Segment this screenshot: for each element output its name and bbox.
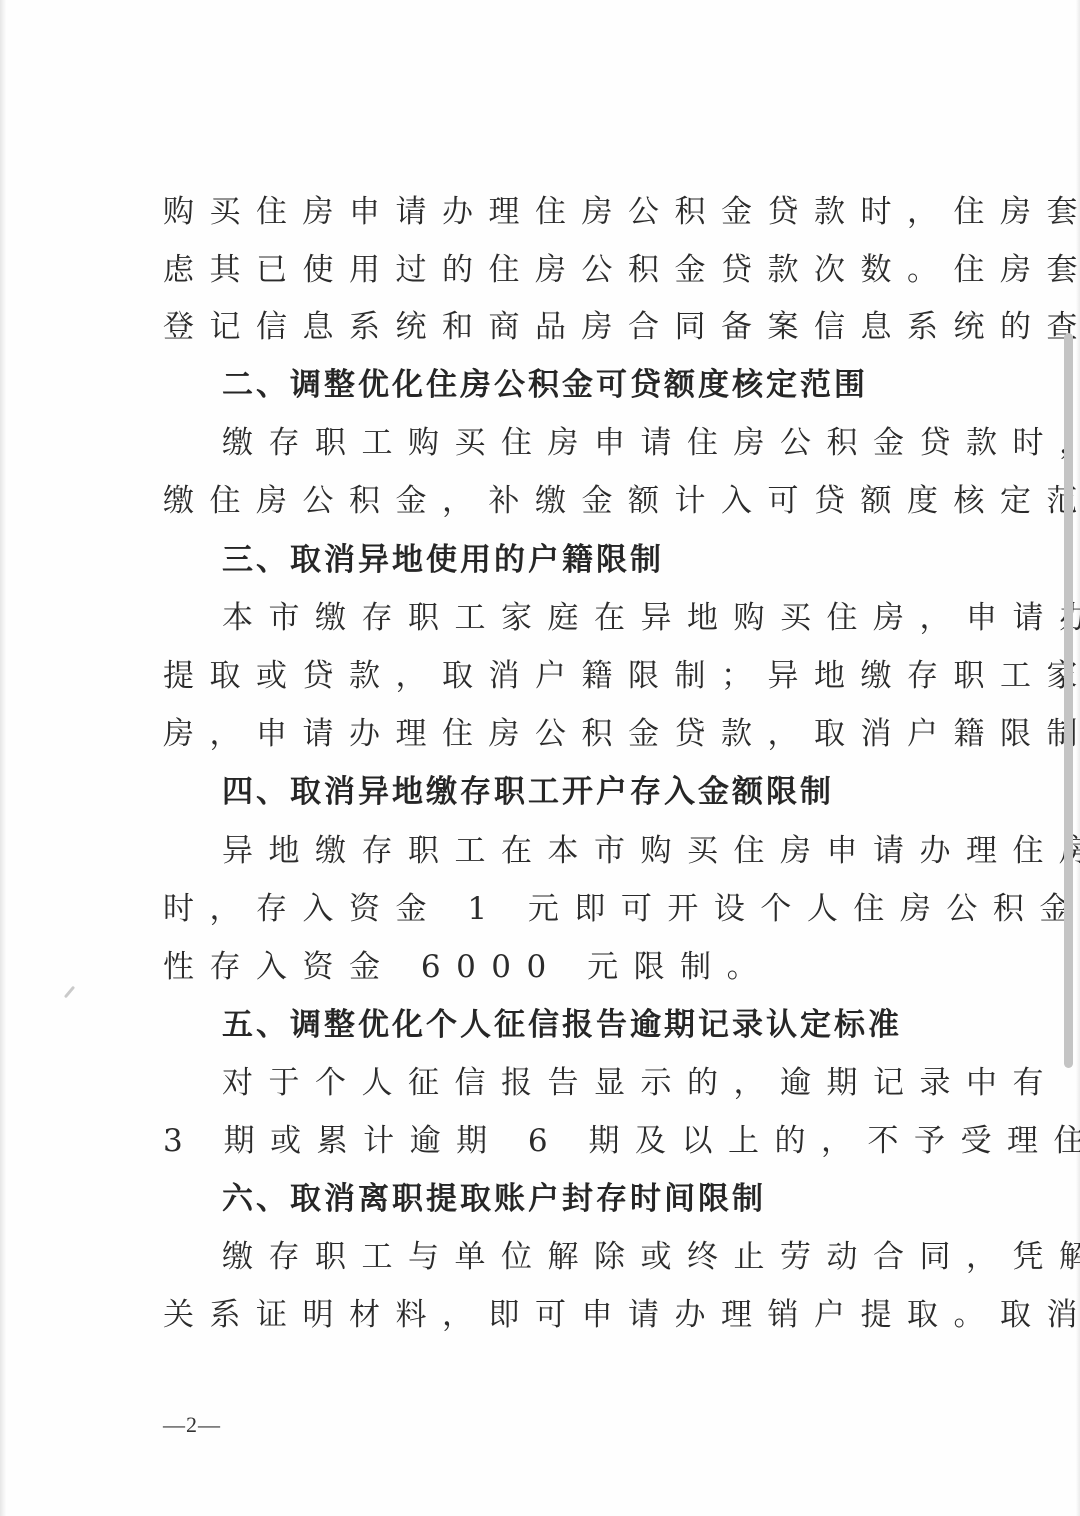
section-heading-6: 六、取消离职提取账户封存时间限制 bbox=[222, 1179, 1002, 1219]
section-heading-4: 四、取消异地缴存职工开户存入金额限制 bbox=[222, 772, 1002, 812]
body-line: 时，存入资金 1 元即可开设个人住房公积金账户。取消需一次 bbox=[163, 889, 943, 929]
section-heading-2: 二、调整优化住房公积金可贷额度核定范围 bbox=[222, 365, 1002, 405]
scan-mark bbox=[64, 986, 75, 999]
body-line: 房，申请办理住房公积金贷款，取消户籍限制。 bbox=[163, 714, 943, 754]
body-line: 缴存职工购买住房申请住房公积金贷款时，允许一次性补 bbox=[222, 423, 1002, 463]
body-line: 购买住房申请办理住房公积金贷款时，住房套数的认定不再考 bbox=[163, 192, 943, 232]
page-left-edge bbox=[0, 0, 6, 1516]
body-line: 提取或贷款，取消户籍限制；异地缴存职工家庭在本市购买住 bbox=[163, 656, 943, 696]
body-line: 缴住房公积金，补缴金额计入可贷额度核定范围。 bbox=[163, 481, 943, 521]
page-number: —2— bbox=[163, 1410, 221, 1440]
body-line: 异地缴存职工在本市购买住房申请办理住房公积金贷款 bbox=[222, 831, 1002, 871]
body-line: 3 期或累计逾期 6 期及以上的，不予受理住房公积金贷款。 bbox=[163, 1121, 943, 1161]
section-heading-5: 五、调整优化个人征信报告逾期记录认定标准 bbox=[222, 1005, 1002, 1045]
body-line: 性存入资金 6000 元限制。 bbox=[163, 947, 943, 987]
document-page: 购买住房申请办理住房公积金贷款时，住房套数的认定不再考 虑其已使用过的住房公积金… bbox=[0, 0, 1080, 1516]
body-line: 关系证明材料，即可申请办理销户提取。取消账户封存满半年 bbox=[163, 1295, 943, 1335]
body-line: 登记信息系统和商品房合同备案信息系统的查询结果为准。 bbox=[163, 307, 943, 347]
body-line: 虑其已使用过的住房公积金贷款次数。住房套数以本市不动产 bbox=[163, 250, 943, 290]
scrollbar-thumb[interactable] bbox=[1064, 333, 1073, 1068]
body-line: 缴存职工与单位解除或终止劳动合同，凭解除或终止劳动 bbox=[222, 1237, 1002, 1277]
body-line: 本市缴存职工家庭在异地购买住房，申请办理住房公积金 bbox=[222, 598, 1002, 638]
section-heading-3: 三、取消异地使用的户籍限制 bbox=[222, 540, 1002, 580]
body-line: 对于个人征信报告显示的，逾期记录中有 2 年内连续逾期 bbox=[222, 1063, 1002, 1103]
